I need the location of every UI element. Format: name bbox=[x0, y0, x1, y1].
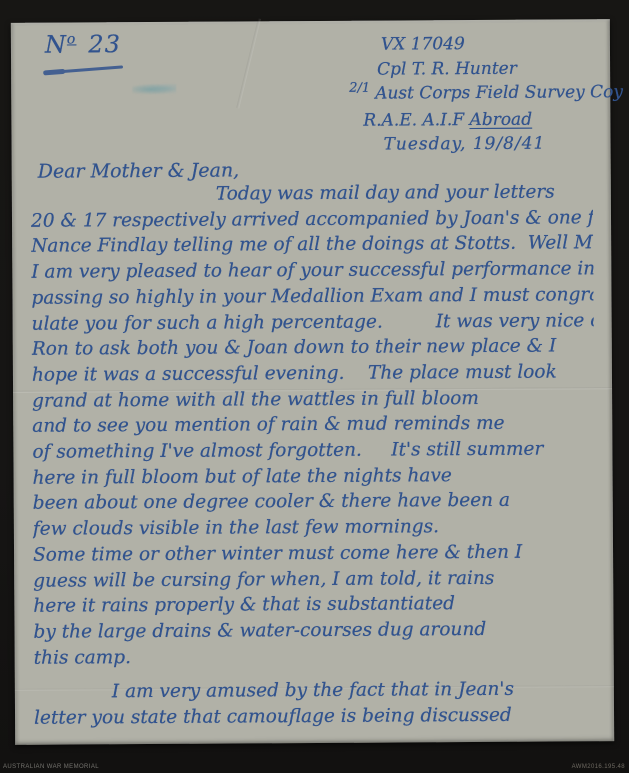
letter-line: ulate you for such a high percentage. It… bbox=[32, 308, 594, 337]
unit-prefix: 2/1 bbox=[349, 81, 370, 96]
letter-line: hope it was a successful evening. The pl… bbox=[32, 359, 594, 388]
corps-prefix: R.A.E. A.I.F bbox=[363, 110, 469, 131]
letter-number: No23 bbox=[45, 30, 121, 58]
letter-header: VX 17049 Cpl T. R. Hunter 2/1Aust Corps … bbox=[363, 31, 604, 157]
letter-date: Tuesday, 19/8/41 bbox=[363, 131, 603, 157]
letter-number-value: 23 bbox=[88, 30, 121, 58]
letter-line: Today was mail day and your letters bbox=[31, 179, 593, 208]
unit-name: Aust Corps Field Survey Coy bbox=[375, 82, 623, 104]
ink-smudge bbox=[132, 84, 176, 95]
letter-body: Today was mail day and your letters20 & … bbox=[31, 179, 596, 731]
scan-background: No23 VX 17049 Cpl T. R. Hunter 2/1Aust C… bbox=[0, 0, 629, 773]
letter-line: I am very pleased to hear of your succes… bbox=[31, 256, 593, 285]
letter-line: few clouds visible in the last few morni… bbox=[33, 513, 595, 542]
corps-line: R.A.E. A.I.F Abroad bbox=[363, 107, 603, 133]
letter-line: Nance Findlay telling me of all the doin… bbox=[31, 231, 593, 260]
archive-credit: AUSTRALIAN WAR MEMORIAL bbox=[3, 764, 99, 770]
underline-flourish bbox=[45, 65, 123, 74]
letter-line: this camp. bbox=[34, 642, 596, 671]
letter-line: Ron to ask both you & Joan down to their… bbox=[32, 334, 594, 363]
letter-line: letter you state that camouflage is bein… bbox=[34, 702, 596, 731]
letter-line: by the large drains & water-courses dug … bbox=[33, 616, 595, 645]
service-number: VX 17049 bbox=[363, 31, 603, 57]
fold-crease-top bbox=[236, 18, 261, 108]
abroad-underlined: Abroad bbox=[469, 109, 532, 129]
letter-page: No23 VX 17049 Cpl T. R. Hunter 2/1Aust C… bbox=[11, 19, 614, 745]
letter-line: grand at home with all the wattles in fu… bbox=[32, 385, 594, 414]
unit-line: 2/1Aust Corps Field Survey Coy bbox=[363, 80, 603, 108]
archive-reference-number: AWM2016.195.48 bbox=[572, 764, 625, 770]
letter-line: Some time or other winter must come here… bbox=[33, 539, 595, 568]
letter-line: I am very amused by the fact that in Jea… bbox=[34, 677, 596, 706]
letter-line: here it rains properly & that is substan… bbox=[33, 591, 595, 620]
sender-name: Cpl T. R. Hunter bbox=[363, 56, 603, 82]
letter-line: passing so highly in your Medallion Exam… bbox=[31, 282, 593, 311]
letter-line: and to see you mention of rain & mud rem… bbox=[32, 411, 594, 440]
letter-line: been about one degree cooler & there hav… bbox=[33, 488, 595, 517]
letter-number-ordinal: o bbox=[67, 31, 77, 47]
letter-number-label: N bbox=[45, 30, 67, 58]
letter-line: guess will be cursing for when, I am tol… bbox=[33, 565, 595, 594]
letter-line: of something I've almost forgotten. It's… bbox=[32, 436, 594, 465]
letter-line: 20 & 17 respectively arrived accompanied… bbox=[31, 205, 593, 234]
salutation: Dear Mother & Jean, bbox=[38, 159, 240, 182]
letter-line: here in full bloom but of late the night… bbox=[33, 462, 595, 491]
